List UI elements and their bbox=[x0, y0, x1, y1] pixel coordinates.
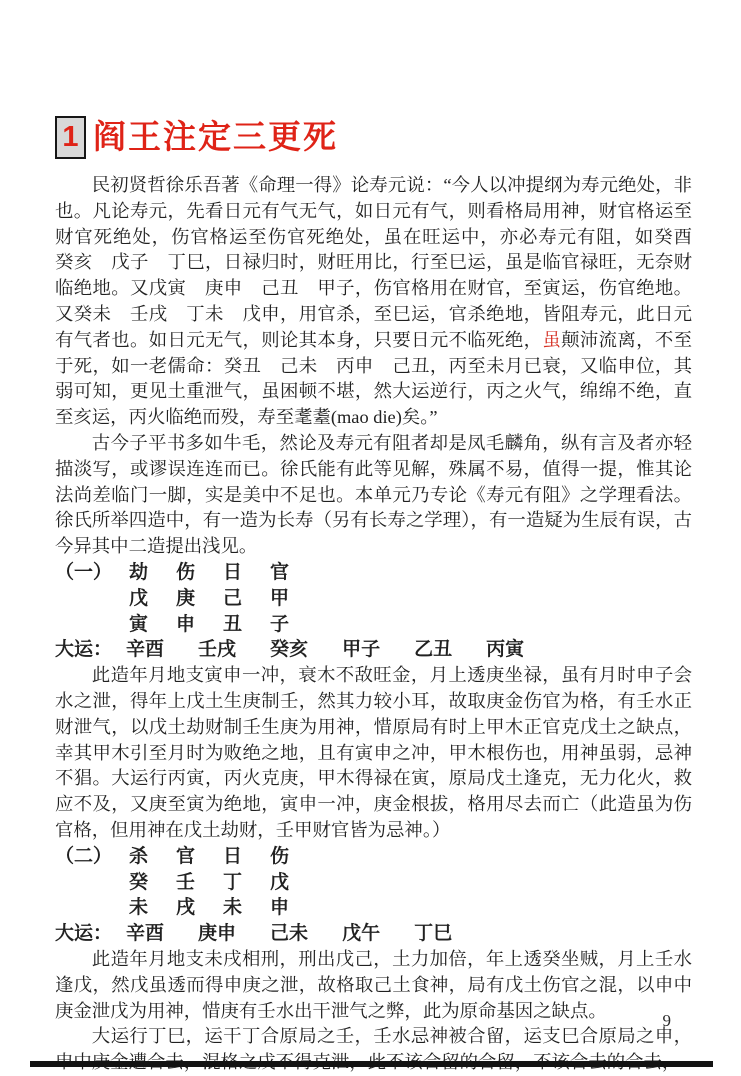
pillar-stem: 己 bbox=[209, 586, 256, 612]
pillar-role: 劫 bbox=[115, 560, 162, 586]
dayun-pillar: 壬戌 bbox=[198, 637, 236, 663]
pillar-stem: 戊 bbox=[256, 870, 303, 896]
pillar-role: 日 bbox=[209, 560, 256, 586]
pillar-stem: 癸 bbox=[115, 870, 162, 896]
dayun-pillar: 己未 bbox=[270, 921, 308, 947]
chapter-heading: 1 阎王注定三更死 bbox=[55, 114, 741, 160]
page-body: 民初贤哲徐乐吾著《命理一得》论寿元说：“今人以冲提纲为寿元绝处，非也。凡论寿元，… bbox=[55, 173, 692, 1076]
pillar-stem: 甲 bbox=[256, 586, 303, 612]
pillar-branch: 子 bbox=[256, 612, 303, 638]
dayun-label: 大运： bbox=[55, 637, 112, 663]
pillar-stem: 丁 bbox=[209, 870, 256, 896]
paragraph-analysis-3: 大运行丁巳，运干丁合原局之壬，壬水忌神被合留，运支巳合原局之申，申中庚金遭合去，… bbox=[55, 1024, 692, 1076]
pillar-role: 杀 bbox=[115, 844, 162, 870]
chart1-roles-row: （一） 劫 伤 日 官 bbox=[55, 560, 692, 586]
pillar-role: 伤 bbox=[256, 844, 303, 870]
chapter-number-box: 1 bbox=[55, 116, 86, 159]
highlighted-char: 虽 bbox=[542, 330, 561, 350]
dayun-pillar: 癸亥 bbox=[270, 637, 308, 663]
paragraph-commentary: 古今子平书多如牛毛，然论及寿元有阻者却是凤毛麟角，纵有言及者亦轻描淡写，或谬误连… bbox=[55, 431, 692, 560]
pillar-stem: 壬 bbox=[162, 870, 209, 896]
pillar-branch: 寅 bbox=[115, 612, 162, 638]
pillar-stem: 戊 bbox=[115, 586, 162, 612]
chart1-label: （一） bbox=[55, 560, 115, 586]
chapter-number: 1 bbox=[62, 121, 78, 154]
paragraph-analysis-2: 此造年月地支未戌相刑，刑出戊己，土力加倍，年上透癸坐贼，月上壬水逢戊，然戊虽透而… bbox=[55, 947, 692, 1024]
paragraph-intro-text: 民初贤哲徐乐吾著《命理一得》论寿元说：“今人以冲提纲为寿元绝处，非也。凡论寿元，… bbox=[55, 175, 710, 350]
dayun-pillar: 甲子 bbox=[342, 637, 380, 663]
chart2-dayun-row: 大运： 辛酉 庚申 己未 戊午 丁巳 bbox=[55, 921, 692, 947]
dayun-pillar: 乙丑 bbox=[414, 637, 452, 663]
paragraph-analysis-1: 此造年月地支寅申一冲，衰木不敌旺金，月上透庚坐禄，虽有月时申子会水之泄，得年上戊… bbox=[55, 663, 692, 844]
pillar-branch: 未 bbox=[209, 895, 256, 921]
paragraph-intro: 民初贤哲徐乐吾著《命理一得》论寿元说：“今人以冲提纲为寿元绝处，非也。凡论寿元，… bbox=[55, 173, 692, 431]
pillar-branch: 戌 bbox=[162, 895, 209, 921]
pillar-role: 日 bbox=[209, 844, 256, 870]
chart2-stems-row: 癸 壬 丁 戊 bbox=[55, 870, 692, 896]
pillar-role: 伤 bbox=[162, 560, 209, 586]
pillar-branch: 未 bbox=[115, 895, 162, 921]
dayun-pillar: 辛酉 bbox=[126, 921, 164, 947]
chart2-roles-row: （二） 杀 官 日 伤 bbox=[55, 844, 692, 870]
chapter-title: 阎王注定三更死 bbox=[93, 114, 338, 160]
pillar-branch: 申 bbox=[256, 895, 303, 921]
dayun-pillar: 丁巳 bbox=[414, 921, 452, 947]
chart1-dayun-row: 大运： 辛酉 壬戌 癸亥 甲子 乙丑 丙寅 bbox=[55, 637, 692, 663]
chart1-branches-row: 寅 申 丑 子 bbox=[55, 612, 692, 638]
dayun-pillar: 戊午 bbox=[342, 921, 380, 947]
pillar-branch: 申 bbox=[162, 612, 209, 638]
book-page: 1 阎王注定三更死 民初贤哲徐乐吾著《命理一得》论寿元说：“今人以冲提纲为寿元绝… bbox=[0, 0, 741, 1076]
bazi-chart-1: （一） 劫 伤 日 官 戊 庚 己 甲 寅 申 丑 子 大运： bbox=[55, 560, 692, 663]
page-number: 9 bbox=[663, 1011, 672, 1031]
dayun-pillar: 辛酉 bbox=[126, 637, 164, 663]
footer-rule bbox=[30, 1061, 713, 1067]
chart2-label: （二） bbox=[55, 844, 115, 870]
pillar-role: 官 bbox=[256, 560, 303, 586]
dayun-pillar: 丙寅 bbox=[486, 637, 524, 663]
pillar-branch: 丑 bbox=[209, 612, 256, 638]
pillar-role: 官 bbox=[162, 844, 209, 870]
bazi-chart-2: （二） 杀 官 日 伤 癸 壬 丁 戊 未 戌 未 申 大运： bbox=[55, 844, 692, 947]
dayun-pillar: 庚申 bbox=[198, 921, 236, 947]
pillar-stem: 庚 bbox=[162, 586, 209, 612]
dayun-label: 大运： bbox=[55, 921, 112, 947]
chart1-stems-row: 戊 庚 己 甲 bbox=[55, 586, 692, 612]
chart2-branches-row: 未 戌 未 申 bbox=[55, 895, 692, 921]
